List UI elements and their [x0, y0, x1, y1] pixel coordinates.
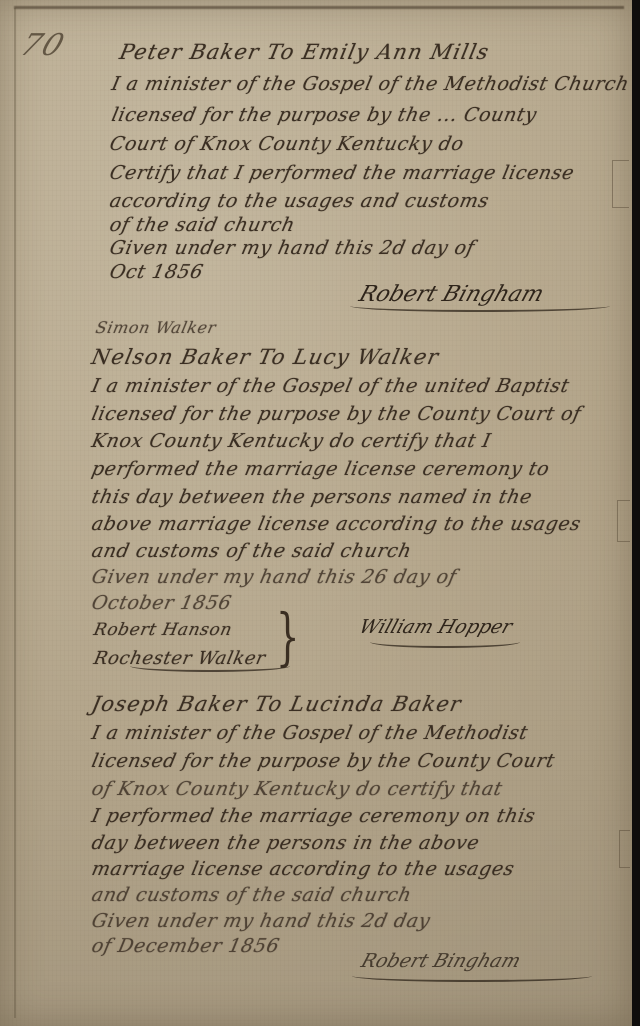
entry-line: Given under my hand this 26 day of: [90, 566, 459, 588]
entry-heading: Nelson Baker To Lucy Walker: [89, 345, 441, 369]
witness-name: Robert Hanson: [92, 620, 234, 640]
entry-note: Simon Walker: [94, 318, 218, 337]
entry-line: above marriage license according to the …: [90, 513, 583, 535]
entry-line: I performed the marriage ceremony on thi…: [90, 805, 538, 827]
entry-line: I a minister of the Gospel of the Method…: [90, 722, 530, 744]
entry-line: Oct 1856: [108, 261, 206, 283]
signature-flourish: [130, 660, 290, 672]
entry-line: I a minister of the Gospel of the united…: [90, 375, 572, 397]
margin-tab-mark: [617, 500, 630, 542]
signature-flourish: [370, 636, 520, 648]
entry-line: Given under my hand this 2d day: [90, 910, 433, 932]
entry-line: according to the usages and customs: [108, 190, 492, 212]
document-page: 70 Peter Baker To Emily Ann Mills I a mi…: [0, 0, 632, 1026]
margin-tab-mark: [619, 830, 630, 868]
entry-line: of December 1856: [90, 935, 282, 957]
entry-line: licensed for the purpose by the County C…: [90, 403, 584, 425]
margin-tab-mark: [612, 160, 629, 208]
entry-line: licensed for the purpose by the County C…: [90, 750, 557, 772]
signature-flourish: [350, 300, 610, 312]
entry-line: of the said church: [108, 214, 298, 236]
entry-line: October 1856: [90, 592, 234, 614]
officiant-signature: Robert Bingham: [358, 950, 523, 972]
entry-line: Certify that I performed the marriage li…: [108, 162, 577, 184]
entry-line: Knox County Kentucky do certify that I: [90, 430, 493, 452]
entry-line: of Knox County Kentucky do certify that: [90, 778, 505, 800]
entry-line: licensed for the purpose by the ... Coun…: [110, 104, 539, 126]
page-number: 70: [16, 28, 71, 63]
entry-heading: Joseph Baker To Lucinda Baker: [89, 692, 464, 716]
officiant-signature: William Hopper: [356, 616, 515, 638]
entry-line: this day between the persons named in th…: [90, 486, 535, 508]
entry-line: I a minister of the Gospel of the Method…: [110, 73, 632, 95]
entry-heading: Peter Baker To Emily Ann Mills: [117, 40, 491, 64]
left-margin-line: [14, 8, 16, 1018]
signature-flourish: [352, 970, 592, 982]
entry-line: marriage license according to the usages: [90, 858, 517, 880]
entry-line: day between the persons in the above: [90, 832, 482, 854]
entry-line: Given under my hand this 2d day of: [108, 237, 477, 259]
entry-line: and customs of the said church: [90, 540, 414, 562]
entry-line: Court of Knox County Kentucky do: [108, 133, 466, 155]
page-top-edge: [14, 6, 624, 9]
entry-line: performed the marriage license ceremony …: [90, 458, 552, 480]
scan-border: [632, 0, 640, 1026]
entry-line: and customs of the said church: [90, 884, 414, 906]
witness-brace: }: [276, 606, 300, 668]
